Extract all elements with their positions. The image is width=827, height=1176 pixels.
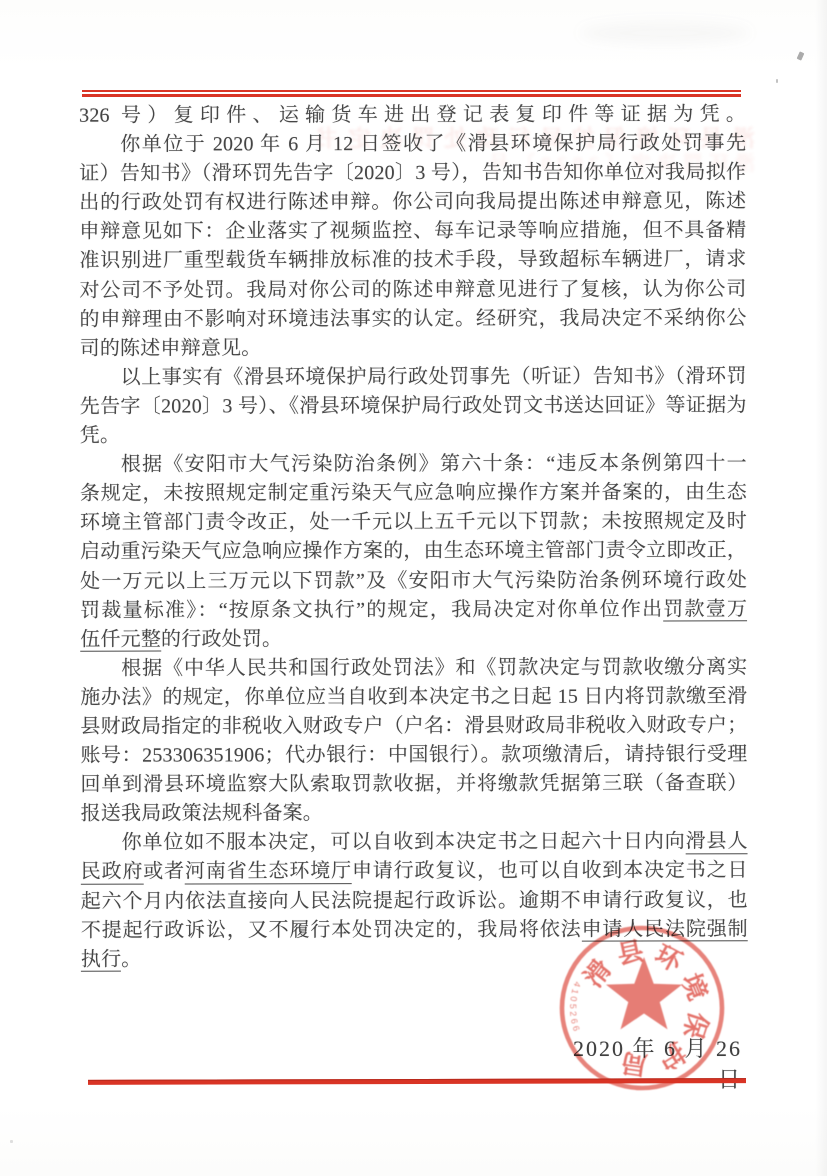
text-segment: 根据《中华人民共和国行政处罚法》和《罚款决定与罚款收缴分离实 — [121, 656, 747, 679]
text-segment: 条规定，未按照规定制定重污染天气应急响应操作方案并备案的，由生态 — [80, 482, 747, 505]
text-line: 申辩意见如下：企业落实了视频监控、每车记录等响应措施，但不具备精 — [79, 217, 746, 247]
text-segment: 你单位于 2020 年 6 月 12 日签收了《滑县环境保护局行政处罚事先（听 — [120, 132, 746, 159]
scan-edge-shadow — [815, 0, 827, 1176]
underlined-text: 执行 — [81, 948, 121, 972]
text-line: 准识别进厂重型载货车辆排放标准的技术手段，导致超标车辆进厂，请求 — [79, 246, 746, 276]
text-line: 伍仟元整的行政处罚。 — [80, 624, 747, 654]
underlined-text: 罚款壹万 — [663, 598, 747, 622]
text-segment: 或者 — [143, 861, 185, 883]
svg-text:保: 保 — [677, 1008, 713, 1042]
text-segment: 根据《安阳市大气污染防治条例》第六十条：“违反本条例第四十一 — [121, 452, 747, 475]
svg-text:5: 5 — [568, 1004, 578, 1009]
top-rule-thick — [82, 94, 741, 98]
text-line: 回单到滑县环境监察大队索取罚款收据，并将缴款凭据第三联（备查联） — [80, 769, 747, 799]
svg-text:1: 1 — [570, 988, 581, 995]
text-line: 施办法》的规定，你单位应当自收到本决定书之日起 15 日内将罚款缴至滑 — [80, 682, 747, 712]
text-line: 先告字〔2020〕3 号）、《滑县环境保护局行政处罚文书送达回证》等证据为 — [80, 391, 747, 421]
underlined-text: 伍仟元整 — [80, 628, 161, 652]
text-line: 你单位于 2020 年 6 月 12 日签收了《滑县环境保护局行政处罚事先（听 — [79, 129, 746, 159]
text-line: 司的陈述申辩意见。 — [80, 333, 747, 363]
text-segment: 回单到滑县环境监察大队索取罚款收据，并将缴款凭据第三联（备查联） — [80, 772, 747, 795]
underlined-text: 民政府 — [81, 861, 144, 885]
svg-text:4: 4 — [572, 980, 583, 988]
text-line: 对公司不予处罚。我局对你公司的陈述申辩意见进行了复核，认为你公司 — [79, 275, 746, 305]
text-line: 证）告知书》（滑环罚先告字〔2020〕3 号），告知书告知你单位对我局拟作 — [79, 158, 746, 188]
svg-text:护: 护 — [653, 1036, 691, 1075]
text-segment: 申请行政复议，也可以自收到本决定书之日 — [352, 860, 748, 883]
text-segment: 账号：253306351906；代办银行：中国银行）。款项缴清后，请持银行受理 — [80, 743, 747, 766]
text-segment: 处一万元以上三万元以下罚款”及《安阳市大气污染防治条例环境行政处 — [80, 569, 747, 592]
svg-text:环: 环 — [650, 940, 687, 978]
text-line: 条规定，未按照规定制定重污染天气应急响应操作方案并备案的，由生态 — [80, 479, 747, 509]
text-segment: 出的行政处罚有权进行陈述申辩。你公司向我局提出陈述申辩意见，陈述 — [79, 191, 746, 214]
text-line: 以上事实有《滑县环境保护局行政处罚事先（听证）告知书》（滑环罚 — [80, 362, 747, 392]
text-segment: 罚裁量标准》：“按原条文执行”的规定，我局决定对你单位作出 — [80, 598, 663, 621]
svg-text:6: 6 — [571, 1025, 582, 1033]
top-rule-thin — [82, 90, 741, 92]
text-segment: 的申辩理由不影响对环境违法事实的认定。经研究，我局决定不采纳你公 — [80, 307, 747, 330]
document-body: 326 号）复印件、运输货车进出登记表复印件等证据为凭。你单位于 2020 年 … — [79, 100, 748, 974]
text-line: 你单位如不服本决定，可以自收到本决定书之日起六十日内向滑县人 — [81, 828, 748, 858]
text-line: 县财政局指定的非税收入财政专户（户名：滑县财政局非税收入财政专户； — [80, 711, 747, 741]
text-line: 326 号）复印件、运输货车进出登记表复印件等证据为凭。 — [79, 100, 746, 130]
text-segment: 县财政局指定的非税收入财政专户（户名：滑县财政局非税收入财政专户； — [80, 714, 747, 737]
svg-text:0: 0 — [568, 996, 579, 1002]
text-segment: 以上事实有《滑县环境保护局行政处罚事先（听证）告知书》（滑环罚 — [121, 365, 747, 388]
text-line: 罚裁量标准》：“按原条文执行”的规定，我局决定对你单位作出罚款壹万 — [80, 595, 747, 625]
text-segment: 326 号）复印件、运输货车进出登记表复印件等证据为凭。 — [79, 103, 746, 126]
scan-speck — [776, 79, 778, 83]
scanned-document: 滑县环境保护局行政处罚决定书 滑环罚决字〔2020〕号 326 号）复印件、运输… — [0, 0, 827, 1176]
text-segment: 凭。 — [80, 425, 120, 447]
scan-speck — [10, 1140, 13, 1143]
text-segment: 报送我局政策法规科备案。 — [81, 802, 323, 825]
text-line: 账号：253306351906；代办银行：中国银行）。款项缴清后，请持银行受理 — [80, 740, 747, 770]
text-line: 根据《安阳市大气污染防治条例》第六十条：“违反本条例第四十一 — [80, 449, 747, 479]
underlined-text: 河南省生态环境厅 — [185, 861, 352, 885]
svg-text:县: 县 — [615, 936, 646, 970]
text-segment: 准识别进厂重型载货车辆排放标准的技术手段，导致超标车辆进厂，请求 — [79, 249, 746, 272]
text-segment: 申辩意见如下：企业落实了视频监控、每车记录等响应措施，但不具备精 — [79, 220, 746, 243]
text-segment: 证）告知书》（滑环罚先告字〔2020〕3 号），告知书告知你单位对我局拟作 — [79, 161, 746, 184]
text-segment: 司的陈述申辩意见。 — [80, 337, 262, 359]
text-line: 环境主管部门责令改正，处一千元以上五千元以下罚款；未按照规定及时 — [80, 508, 747, 538]
text-segment: 对公司不予处罚。我局对你公司的陈述申辩意见进行了复核，认为你公司 — [79, 278, 746, 301]
svg-text:6: 6 — [569, 1018, 580, 1025]
svg-text:局: 局 — [619, 1047, 649, 1079]
text-segment: 环境主管部门责令改正，处一千元以上五千元以下罚款；未按照规定及时 — [80, 511, 747, 534]
text-segment: 施办法》的规定，你单位应当自收到本决定书之日起 15 日内将罚款缴至滑 — [80, 685, 747, 708]
text-line: 处一万元以上三万元以下罚款”及《安阳市大气污染防治条例环境行政处 — [80, 566, 747, 596]
text-line: 的申辩理由不影响对环境违法事实的认定。经研究，我局决定不采纳你公 — [80, 304, 747, 334]
scan-smudge — [580, 22, 750, 44]
text-line: 民政府或者河南省生态环境厅申请行政复议，也可以自收到本决定书之日 — [81, 857, 748, 887]
text-line: 报送我局政策法规科备案。 — [81, 799, 748, 829]
text-segment: 的行政处罚。 — [161, 628, 282, 650]
text-line: 凭。 — [80, 420, 747, 450]
text-line: 启动重污染天气应急响应操作方案的，由生态环境主管部门责令立即改正， — [80, 537, 747, 567]
text-segment: 不提起行政诉讼，又不履行本处罚决定的，我局将依法 — [81, 918, 582, 941]
text-segment: 启动重污染天气应急响应操作方案的，由生态环境主管部门责令立即改正， — [80, 540, 747, 563]
text-segment: 先告字〔2020〕3 号）、《滑县环境保护局行政处罚文书送达回证》等证据为 — [80, 394, 747, 417]
text-line: 根据《中华人民共和国行政处罚法》和《罚款决定与罚款收缴分离实 — [80, 653, 747, 683]
underlined-text: 滑县人 — [686, 831, 748, 855]
svg-text:2: 2 — [568, 1011, 578, 1017]
text-segment: 。 — [121, 948, 141, 970]
text-line: 出的行政处罚有权进行陈述申辩。你公司向我局提出陈述申辩意见，陈述 — [79, 188, 746, 218]
text-segment: 你单位如不服本决定，可以自收到本决定书之日起六十日内向 — [122, 831, 686, 854]
svg-text:境: 境 — [676, 969, 714, 1004]
